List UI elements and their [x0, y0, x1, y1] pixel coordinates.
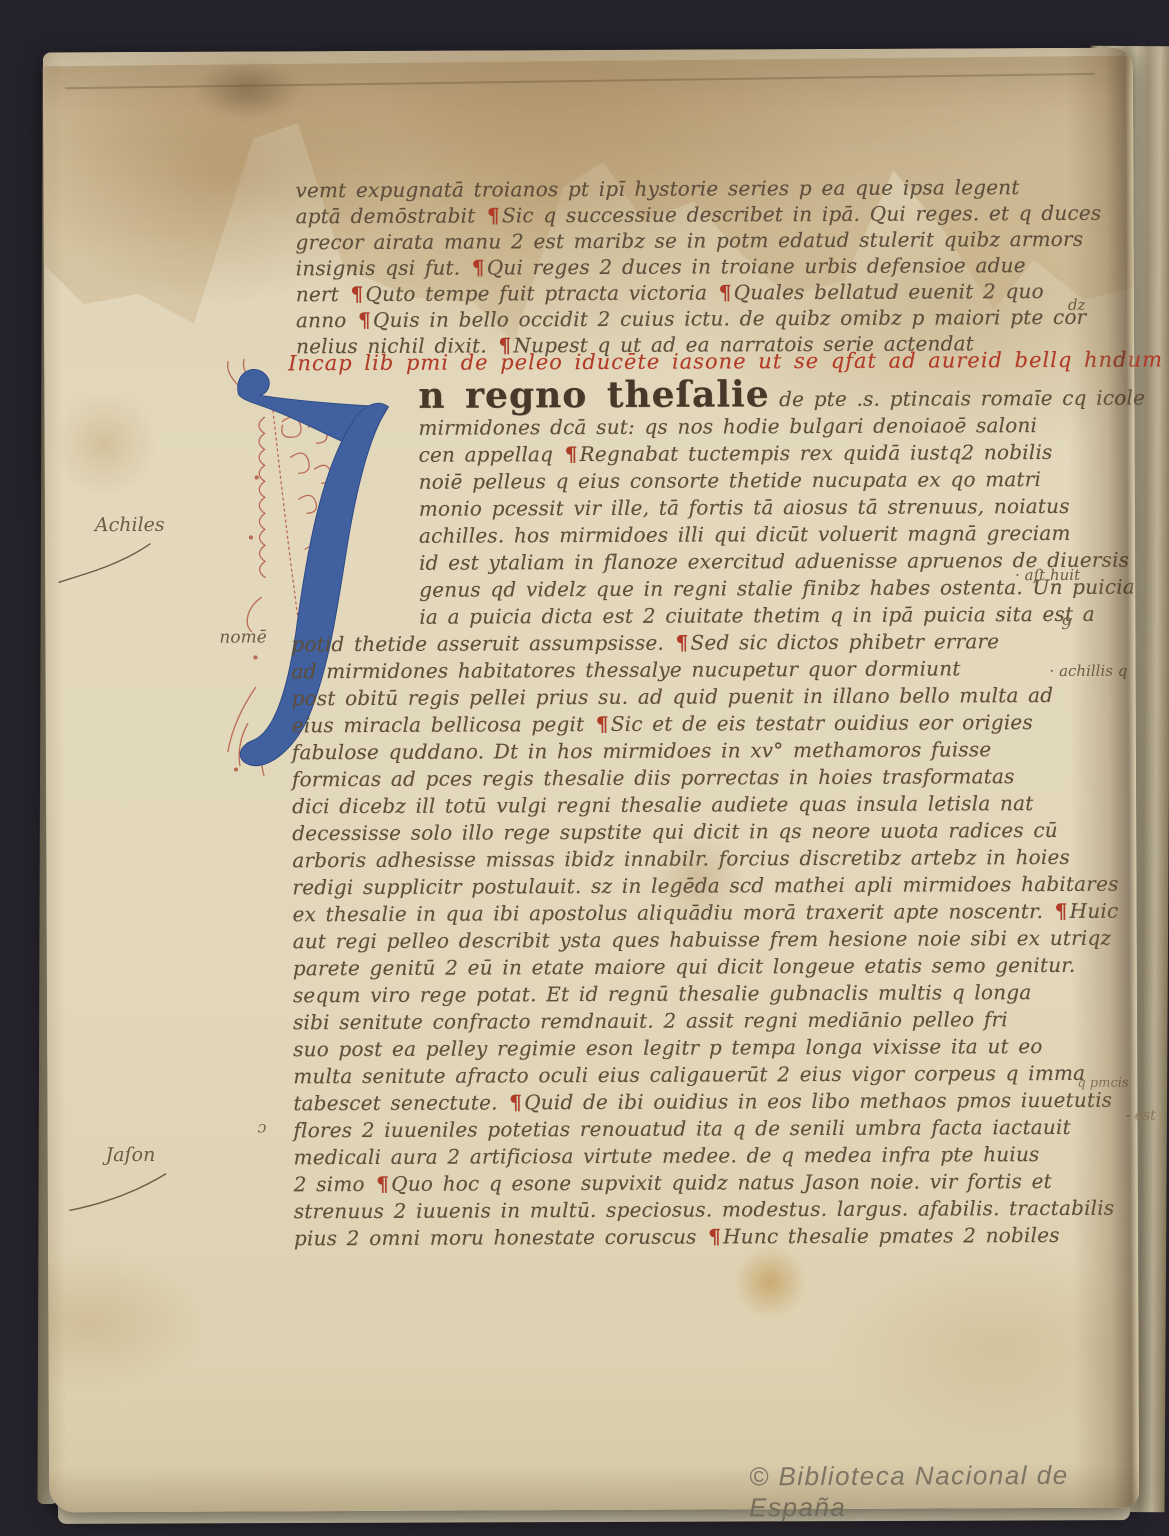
text-line: redigi supplicitr postulauit. sz in legē… — [292, 871, 1147, 902]
text-line: vemt expugnatā troianos pt ipī hystorie … — [295, 174, 1101, 204]
paraph-mark: ¶ — [594, 712, 611, 736]
text-line: formicas ad pces regis thesalie diis por… — [292, 763, 1147, 794]
text-line: mirmidones dcā sut: qs nos hodie bulgari… — [290, 412, 1145, 443]
text-line: anno ¶Quis in bello occidit 2 cuius ictu… — [296, 304, 1102, 334]
achiles-flourish — [55, 538, 175, 589]
paraph-mark: ¶ — [348, 282, 365, 306]
text-line: 2 simo ¶Quo hoc q esone supvixit quidz n… — [294, 1168, 1149, 1199]
text-line: arboris adhesisse missas ibidz innabilr.… — [292, 844, 1147, 875]
margin-mark-right: 9 — [1061, 614, 1071, 633]
margin-note-right-achillis: · achillis q — [1049, 662, 1127, 680]
text-line: achilles. hos mirmidoes illi qui dicūt v… — [291, 520, 1146, 551]
paraph-mark: ¶ — [674, 631, 691, 655]
jason-flourish — [66, 1170, 196, 1217]
text-line: cen appellaq ¶Regnabat tuctempis rex qui… — [291, 439, 1146, 470]
margin-note-right-dz: dz — [1068, 296, 1086, 314]
manuscript-page: vemt expugnatā troianos pt ipī hystorie … — [43, 48, 1139, 1513]
text-line: strenuus 2 iuuenis in multū. speciosus. … — [294, 1195, 1149, 1226]
paraph-mark: ¶ — [563, 442, 580, 466]
margin-note-right-pmcis: q pmcis — [1077, 1076, 1128, 1091]
incipit-block: n regno theſalie de pte .s. ptincais rom… — [290, 380, 1149, 1253]
margin-note-achiles: Achiles — [95, 514, 165, 536]
text-line: pius 2 omni moru honestate coruscus ¶Hun… — [294, 1222, 1149, 1253]
paraph-mark: ¶ — [1053, 899, 1070, 923]
margin-note-right-1: · aſt huit — [1015, 566, 1080, 584]
text-line: decessisse solo illo rege supstite qui d… — [292, 817, 1147, 848]
text-line: ex thesalie in qua ibi apostolus aliquād… — [293, 898, 1148, 929]
text-line: sibi senitute confracto remdnauit. 2 ass… — [293, 1006, 1148, 1037]
text-line: aut regi pelleo describit ysta ques habu… — [293, 925, 1148, 956]
margin-note-nome: nomē — [219, 627, 266, 647]
text-line: flores 2 iuueniles potetias renouatud it… — [293, 1114, 1148, 1145]
margin-note-jason: Jaſon — [106, 1144, 156, 1166]
text-line: potid thetide asseruit assumpsisse. ¶Sed… — [291, 628, 1146, 659]
incipit-display-script: n regno theſalie — [418, 373, 769, 417]
text-line: parete genitū 2 eū in etate maiore qui d… — [293, 952, 1148, 983]
prologue-block: vemt expugnatā troianos pt ipī hystorie … — [295, 174, 1102, 360]
text-line: ia a puicia dicta est 2 ciuitate thetim … — [291, 601, 1146, 632]
margin-mark-left: ɔ — [257, 1117, 266, 1136]
paraph-mark: ¶ — [356, 308, 373, 332]
text-line: insignis qsi fut. ¶Qui reges 2 duces in … — [296, 252, 1102, 282]
text-line: multa senitute afracto oculi eius caliga… — [293, 1060, 1148, 1091]
paraph-mark: ¶ — [706, 1224, 723, 1248]
text-line: eius miracla bellicosa pegit ¶Sic et de … — [292, 709, 1147, 740]
paraph-mark: ¶ — [470, 255, 487, 279]
paraph-mark: ¶ — [374, 1172, 391, 1196]
manuscript-photo: hystoria vemt expugnatā troianos pt ipī … — [0, 0, 1169, 1536]
text-line: sequm viro rege potat. Et id regnū thesa… — [293, 979, 1148, 1010]
top-left-smudge — [193, 59, 303, 119]
paraph-mark: ¶ — [485, 203, 502, 227]
text-line: grecor airata manu 2 est maribz se in po… — [296, 226, 1102, 256]
incipit-first-line-rest: de pte .s. ptincais romaīe cq icole — [779, 386, 1145, 412]
text-line: ad mirmidones habitatores thessalye nucu… — [291, 655, 1146, 686]
paraph-mark: ¶ — [507, 1090, 524, 1114]
incipit-first-line: n regno theſalie de pte .s. ptincais rom… — [290, 380, 1145, 416]
text-line: suo post ea pelley regimie eson legitr p… — [293, 1033, 1148, 1064]
margin-note-right-est: - est — [1125, 1108, 1155, 1124]
text-line: dici dicebz ill totū vulgi regni thesali… — [292, 790, 1147, 821]
text-line: noiē pelleus q eius consorte thetide nuc… — [291, 466, 1146, 497]
paraph-mark: ¶ — [717, 280, 734, 304]
text-line: aptā demōstrabit ¶Sic q successiue descr… — [295, 200, 1101, 230]
library-watermark: © Biblioteca Nacional de España — [749, 1460, 1139, 1524]
text-line: nert ¶Quto tempe fuit ptracta victoria ¶… — [296, 278, 1102, 308]
text-line: post obitū regis pellei prius su. ad qui… — [292, 682, 1147, 713]
text-line: fabulose quddano. Dt in hos mirmidoes in… — [292, 736, 1147, 767]
text-line: tabescet senectute. ¶Quid de ibi ouidius… — [293, 1087, 1148, 1118]
text-line: monio pcessit vir ille, tā fortis tā aio… — [291, 493, 1146, 524]
text-line: medicali aura 2 artificiosa virtute mede… — [294, 1141, 1149, 1172]
